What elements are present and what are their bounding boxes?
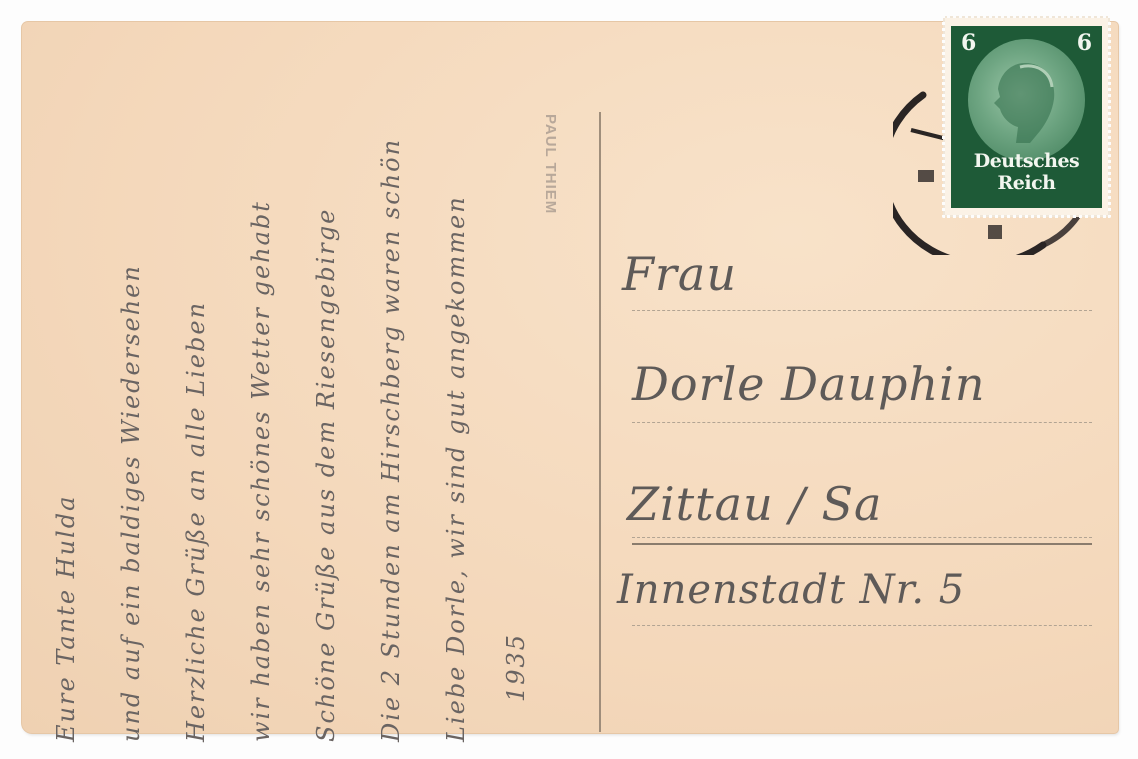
publisher-imprint: PAUL THIEM — [542, 114, 559, 214]
message-line: Die 2 Stunden am Hirschberg waren schön — [377, 62, 405, 742]
stamp-face: 6 6 Deutsches Reich — [951, 26, 1102, 208]
stamp-country-text: Deutsches Reich — [951, 150, 1102, 194]
address-rule-heavy — [632, 543, 1092, 545]
address-line-4: Innenstadt Nr. 5 — [617, 567, 965, 613]
message-date: 1935 — [502, 262, 530, 702]
postage-stamp: 6 6 Deutsches Reich — [945, 18, 1108, 215]
portrait-medallion-icon — [968, 39, 1085, 161]
stamp-denomination-right: 6 — [1077, 30, 1092, 56]
stamp-denomination-left: 6 — [961, 30, 976, 56]
address-rule — [632, 537, 1092, 538]
address-line-3: Zittau / Sa — [627, 477, 882, 531]
message-line: Eure Tante Hulda — [52, 62, 80, 742]
message-line: Liebe Dorle, wir sind gut angekommen — [442, 62, 470, 742]
message-line: Herzliche Grüße an alle Lieben — [182, 62, 210, 742]
divider-line — [599, 112, 601, 732]
message-line: wir haben sehr schönes Wetter gehabt — [247, 62, 275, 742]
address-line-2: Dorle Dauphin — [632, 357, 985, 411]
address-rule — [632, 625, 1092, 626]
message-line: und auf ein baldiges Wiedersehen — [117, 62, 145, 742]
portrait-profile-icon — [990, 57, 1060, 147]
address-line-1: Frau — [622, 247, 737, 301]
message-line: Schöne Grüße aus dem Riesengebirge — [312, 62, 340, 742]
address-rule — [632, 422, 1092, 423]
address-rule — [632, 310, 1092, 311]
